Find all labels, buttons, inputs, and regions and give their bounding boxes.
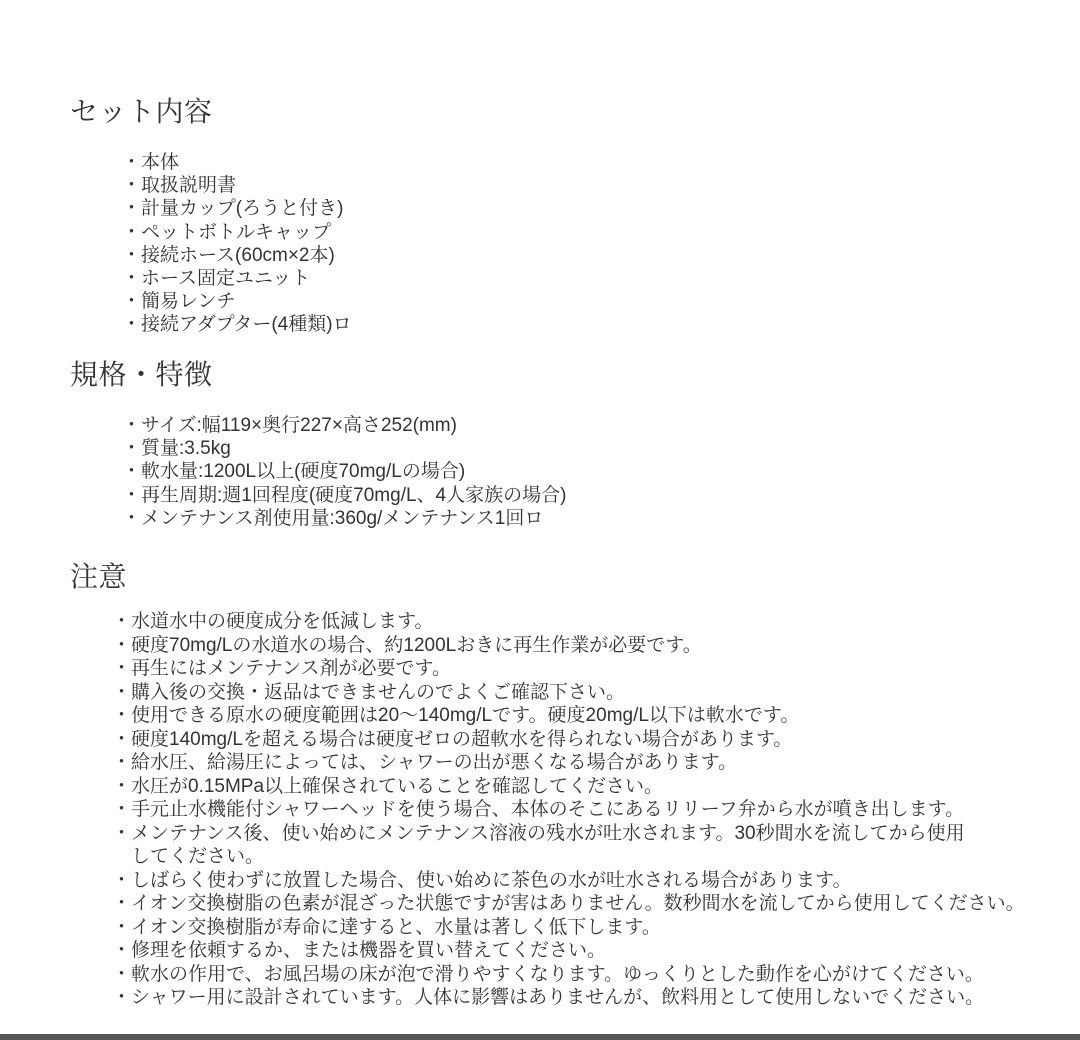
list-item: ・サイズ:幅119×奥行227×高さ252(mm) — [122, 414, 822, 437]
list-item: ・計量カップ(ろうと付き) — [122, 197, 682, 220]
list-item: ・イオン交換樹脂が寿命に達すると、水量は著しく低下します。 — [112, 916, 1062, 940]
set-contents-heading: セット内容 — [70, 95, 213, 129]
list-item: ・メンテナンス剤使用量:360g/メンテナンス1回ロ — [122, 507, 822, 530]
list-item: ・手元止水機能付シャワーヘッドを使う場合、本体のそこにあるリリーフ弁から水が噴き… — [112, 798, 1062, 822]
set-contents-list: ・本体 ・取扱説明書 ・計量カップ(ろうと付き) ・ペットボトルキャップ ・接続… — [122, 151, 682, 337]
list-item: ・硬度140mg/Lを超える場合は硬度ゼロの超軟水を得られない場合があります。 — [112, 728, 1062, 752]
list-item: ・シャワー用に設計されています。人体に影響はありませんが、飲料用として使用しない… — [112, 986, 1062, 1010]
list-item: ・取扱説明書 — [122, 174, 682, 197]
list-item: ・再生にはメンテナンス剤が必要です。 — [112, 657, 1062, 681]
list-item: ・軟水量:1200L以上(硬度70mg/Lの場合) — [122, 460, 822, 483]
list-item: ・質量:3.5kg — [122, 437, 822, 460]
list-item: ・再生周期:週1回程度(硬度70mg/L、4人家族の場合) — [122, 484, 822, 507]
caution-list: ・水道水中の硬度成分を低減します。 ・硬度70mg/Lの水道水の場合、約1200… — [112, 610, 1062, 1010]
list-item: ・給水圧、給湯圧によっては、シャワーの出が悪くなる場合があります。 — [112, 751, 1062, 775]
list-item: ・水道水中の硬度成分を低減します。 — [112, 610, 1062, 634]
list-item: ・ペットボトルキャップ — [122, 221, 682, 244]
list-item: ・接続ホース(60cm×2本) — [122, 244, 682, 267]
list-item: ・使用できる原水の硬度範囲は20～140mg/Lです。硬度20mg/L以下は軟水… — [112, 704, 1062, 728]
footer-divider-bar — [0, 1034, 1080, 1040]
product-description-page: { "page": { "background_color": "#ffffff… — [0, 0, 1080, 1040]
list-item: ・購入後の交換・返品はできませんのでよくご確認下さい。 — [112, 681, 1062, 705]
list-item: ・接続アダプター(4種類)ロ — [122, 313, 682, 336]
list-item: ・イオン交換樹脂の色素が混ざった状態ですが害はありません。数秒間水を流してから使… — [112, 892, 1062, 916]
list-item: ・修理を依頼するか、または機器を買い替えてください。 — [112, 939, 1062, 963]
specs-list: ・サイズ:幅119×奥行227×高さ252(mm) ・質量:3.5kg ・軟水量… — [122, 414, 822, 530]
list-item: ・しばらく使わずに放置した場合、使い始めに茶色の水が吐水される場合があります。 — [112, 869, 1062, 893]
caution-heading: 注意 — [70, 560, 127, 594]
list-item: ・硬度70mg/Lの水道水の場合、約1200Lおきに再生作業が必要です。 — [112, 634, 1062, 658]
list-item: ・簡易レンチ — [122, 290, 682, 313]
list-item: ・ホース固定ユニット — [122, 267, 682, 290]
list-item: ・軟水の作用で、お風呂場の床が泡で滑りやすくなります。ゆっくりとした動作を心がけ… — [112, 963, 1062, 987]
list-item: ・本体 — [122, 151, 682, 174]
list-item: ・メンテナンス後、使い始めにメンテナンス溶液の残水が吐水されます。30秒間水を流… — [112, 822, 1062, 869]
specs-heading: 規格・特徴 — [70, 358, 213, 392]
list-item: ・水圧が0.15MPa以上確保されていることを確認してください。 — [112, 775, 1062, 799]
